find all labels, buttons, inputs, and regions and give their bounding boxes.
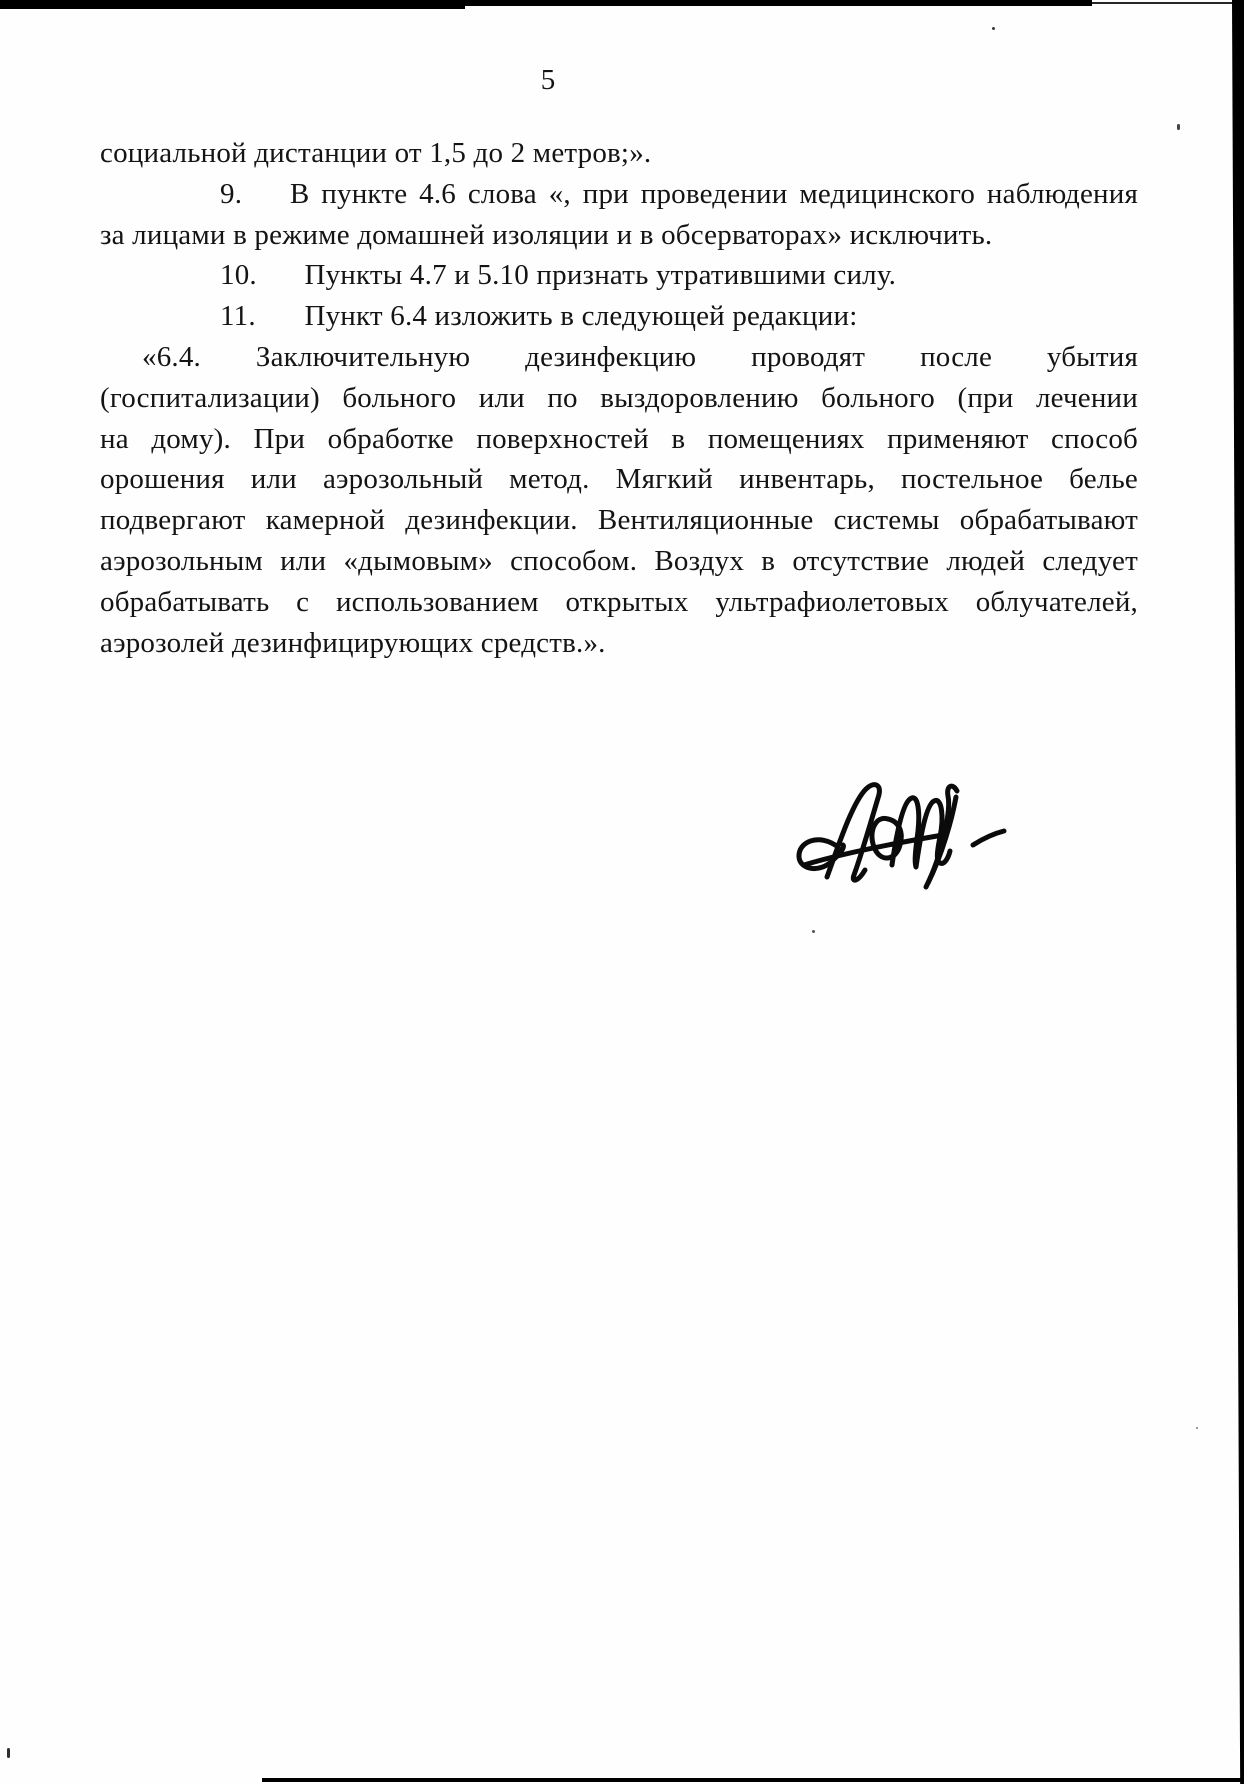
list-number: 10. (220, 255, 297, 296)
scan-artifact-right-edge (1232, 0, 1244, 1784)
scan-artifact-bottom-edge (262, 1778, 1244, 1782)
text-line: аэрозолей дезинфицирующих средств.». (100, 623, 1138, 664)
text-line-content: Пункты 4.7 и 5.10 признать утратившими с… (304, 259, 896, 291)
scan-speck (1177, 124, 1180, 130)
scan-speck (812, 930, 815, 933)
scan-speck (992, 27, 995, 30)
text-line: социальной дистанции от 1,5 до 2 метров;… (100, 133, 1138, 174)
document-text-block: социальной дистанции от 1,5 до 2 метров;… (100, 133, 1138, 663)
text-line: подвергают камерной дезинфекции. Вентиля… (100, 500, 1138, 541)
scan-artifact-top-right (1090, 2, 1240, 4)
text-line-item-11: 11. Пункт 6.4 изложить в следующей редак… (100, 296, 1138, 337)
text-line: «6.4. Заключительную дезинфекцию проводя… (100, 337, 1138, 378)
text-line: (госпитализации) больного или по выздоро… (100, 378, 1138, 419)
scan-artifact-top-left (0, 0, 465, 9)
text-line: орошения или аэрозольный метод. Мягкий и… (100, 459, 1138, 500)
text-line: за лицами в режиме домашней изоляции и в… (100, 215, 1138, 256)
list-number: 9. (220, 174, 278, 215)
text-line: обрабатывать с использованием открытых у… (100, 582, 1138, 623)
scanned-document-page: 5 социальной дистанции от 1,5 до 2 метро… (0, 0, 1244, 1784)
scan-speck (1196, 1427, 1198, 1429)
text-line-item-10: 10. Пункты 4.7 и 5.10 признать утративши… (100, 255, 1138, 296)
text-line-content: Пункт 6.4 изложить в следующей редакции: (304, 300, 857, 332)
page-number: 5 (528, 66, 568, 95)
text-line-item-9: 9. В пункте 4.6 слова «, при проведении … (100, 174, 1138, 215)
text-line: аэрозольным или «дымовым» способом. Возд… (100, 541, 1138, 582)
scan-speck (7, 1748, 10, 1758)
list-number: 11. (220, 296, 297, 337)
text-line-content: В пункте 4.6 слова «, при проведении мед… (290, 178, 1138, 210)
handwritten-signature (790, 775, 1020, 905)
text-line: на дому). При обработке поверхностей в п… (100, 419, 1138, 460)
